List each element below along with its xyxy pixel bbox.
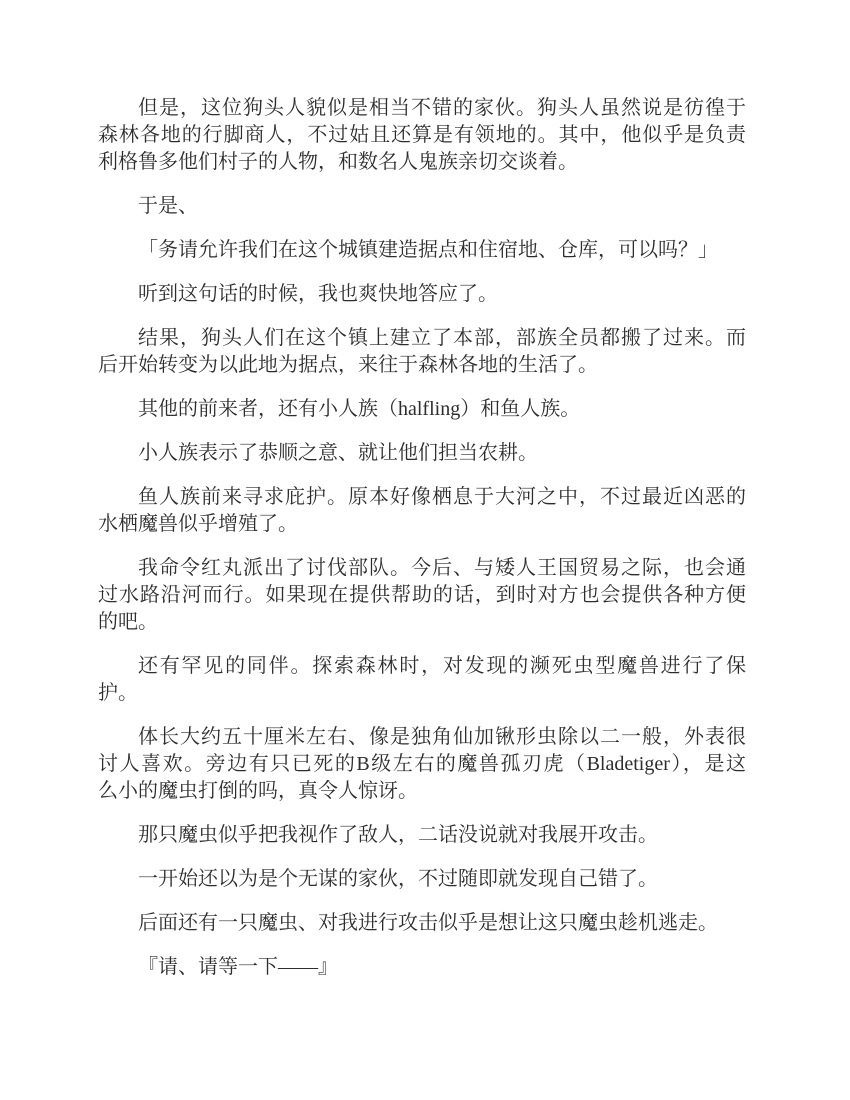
text-line: 过水路沿河而行。如果现在提供帮助的话，到时对方也会提供各种方便 — [98, 582, 746, 609]
text-line: 其他的前来者，还有小人族（halfling）和鱼人族。 — [98, 396, 746, 423]
text-line: 听到这句话的时候，我也爽快地答应了。 — [98, 281, 746, 308]
paragraph-dialogue: 「务请允许我们在这个城镇建造据点和住宿地、仓库，可以吗？」 — [98, 237, 746, 264]
text-line: 结果，狗头人们在这个镇上建立了本部，部族全员都搬了过来。而 — [98, 325, 746, 352]
text-line: 么小的魔虫打倒的吗，真令人惊讶。 — [98, 778, 746, 805]
text-line: 那只魔虫似乎把我视作了敌人，二话没说就对我展开攻击。 — [98, 822, 746, 849]
paragraph: 一开始还以为是个无谋的家伙，不过随即就发现自己错了。 — [98, 866, 746, 893]
paragraph: 于是、 — [98, 193, 746, 220]
paragraph: 后面还有一只魔虫、对我进行攻击似乎是想让这只魔虫趁机逃走。 — [98, 910, 746, 937]
paragraph: 其他的前来者，还有小人族（halfling）和鱼人族。 — [98, 396, 746, 423]
paragraph: 听到这句话的时候，我也爽快地答应了。 — [98, 281, 746, 308]
text-line: 小人族表示了恭顺之意、就让他们担当农耕。 — [98, 440, 746, 467]
text-line: 「务请允许我们在这个城镇建造据点和住宿地、仓库，可以吗？」 — [98, 237, 746, 264]
text-line: 我命令红丸派出了讨伐部队。今后、与矮人王国贸易之际，也会通 — [98, 555, 746, 582]
text-line: 后面还有一只魔虫、对我进行攻击似乎是想让这只魔虫趁机逃走。 — [98, 910, 746, 937]
text-line: 后开始转变为以此地为据点，来往于森林各地的生活了。 — [98, 352, 746, 379]
paragraph: 那只魔虫似乎把我视作了敌人，二话没说就对我展开攻击。 — [98, 822, 746, 849]
paragraph-dialogue: 『请、请等一下——』 — [98, 954, 746, 981]
text-line: 森林各地的行脚商人，不过姑且还算是有领地的。其中，他似乎是负责 — [98, 122, 746, 149]
paragraph: 小人族表示了恭顺之意、就让他们担当农耕。 — [98, 440, 746, 467]
text-line: 于是、 — [98, 193, 746, 220]
text-line: 『请、请等一下——』 — [98, 954, 746, 981]
text-line: 的吧。 — [98, 609, 746, 636]
paragraph: 还有罕见的同伴。探索森林时，对发现的濒死虫型魔兽进行了保 护。 — [98, 653, 746, 707]
text-line: 护。 — [98, 680, 746, 707]
paragraph: 我命令红丸派出了讨伐部队。今后、与矮人王国贸易之际，也会通 过水路沿河而行。如果… — [98, 555, 746, 636]
text-line: 一开始还以为是个无谋的家伙，不过随即就发现自己错了。 — [98, 866, 746, 893]
text-line: 体长大约五十厘米左右、像是独角仙加锹形虫除以二一般，外表很 — [98, 724, 746, 751]
text-line: 鱼人族前来寻求庇护。原本好像栖息于大河之中，不过最近凶恶的 — [98, 484, 746, 511]
paragraph: 体长大约五十厘米左右、像是独角仙加锹形虫除以二一般，外表很 讨人喜欢。旁边有只已… — [98, 724, 746, 805]
text-line: 还有罕见的同伴。探索森林时，对发现的濒死虫型魔兽进行了保 — [98, 653, 746, 680]
text-line: 水栖魔兽似乎增殖了。 — [98, 511, 746, 538]
text-line: 讨人喜欢。旁边有只已死的B级左右的魔兽孤刃虎（Bladetiger），是这 — [98, 751, 746, 778]
novel-page: 但是，这位狗头人貌似是相当不错的家伙。狗头人虽然说是彷徨于 森林各地的行脚商人，… — [0, 0, 850, 1100]
paragraph: 鱼人族前来寻求庇护。原本好像栖息于大河之中，不过最近凶恶的 水栖魔兽似乎增殖了。 — [98, 484, 746, 538]
paragraph: 结果，狗头人们在这个镇上建立了本部，部族全员都搬了过来。而 后开始转变为以此地为… — [98, 325, 746, 379]
text-line: 利格鲁多他们村子的人物，和数名人鬼族亲切交谈着。 — [98, 149, 746, 176]
text-line: 但是，这位狗头人貌似是相当不错的家伙。狗头人虽然说是彷徨于 — [98, 95, 746, 122]
paragraph: 但是，这位狗头人貌似是相当不错的家伙。狗头人虽然说是彷徨于 森林各地的行脚商人，… — [98, 95, 746, 176]
